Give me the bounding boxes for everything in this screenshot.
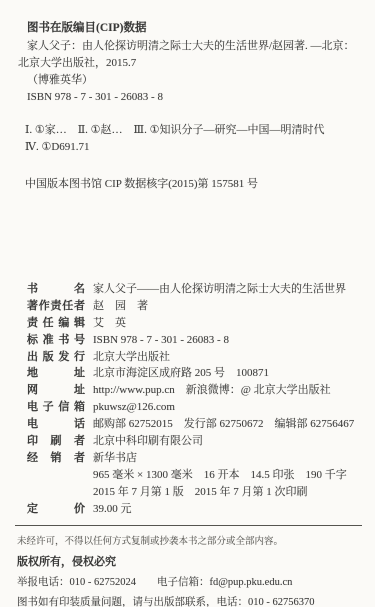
row-value: 39.00 元 (93, 501, 132, 518)
row-value: 北京市海淀区成府路 205 号 100871 (93, 365, 269, 382)
cip-series-line: （博雅英华） (27, 72, 375, 89)
pub-row-website: 网址 http://www.pup.cn 新浪微博：@ 北京大学出版社 (0, 382, 375, 399)
cip-classification-line-1: Ⅰ. ①家… Ⅱ. ①赵… Ⅲ. ①知识分子—研究—中国—明清时代 (25, 122, 375, 139)
row-value: 赵 园 著 (93, 298, 148, 315)
pub-row-printer: 印刷者 北京中科印刷有限公司 (0, 433, 375, 450)
pub-row-editor: 责任编辑 艾 英 (0, 315, 375, 332)
pub-row-distributor: 经销者 新华书店 (0, 450, 375, 467)
pub-row-edition: 2015 年 7 月第 1 版 2015 年 7 月第 1 次印刷 (0, 484, 375, 501)
row-label: 电子信箱 (27, 399, 85, 416)
row-label: 地址 (27, 365, 85, 382)
row-value: pkuwsz@126.com (93, 399, 175, 416)
copyright-reserved-notice: 版权所有，侵权必究 (17, 555, 375, 570)
cip-record-number: 中国版本图书馆 CIP 数据核字(2015)第 157581 号 (25, 176, 375, 193)
row-value: 北京大学出版社 (93, 349, 170, 366)
cip-classification-block: Ⅰ. ①家… Ⅱ. ①赵… Ⅲ. ①知识分子—研究—中国—明清时代 Ⅳ. ①D6… (0, 122, 375, 156)
row-value: 艾 英 (93, 315, 126, 332)
cip-isbn-line: ISBN 978 - 7 - 301 - 26083 - 8 (27, 89, 375, 106)
pub-row-address: 地址 北京市海淀区成府路 205 号 100871 (0, 365, 375, 382)
row-value: 新华书店 (93, 450, 137, 467)
row-label: 定价 (27, 501, 85, 518)
row-label: 网址 (27, 382, 85, 399)
cip-classification-line-2: Ⅳ. ①D691.71 (25, 139, 375, 156)
pub-row-publisher: 出版发行 北京大学出版社 (0, 349, 375, 366)
cip-title-line: 家人父子：由人伦探访明清之际士大夫的生活世界/赵园著. —北京：北京大学出版社，… (18, 38, 365, 72)
row-value: 2015 年 7 月第 1 版 2015 年 7 月第 1 次印刷 (93, 484, 308, 501)
pub-row-format: 965 毫米 × 1300 毫米 16 开本 14.5 印张 190 千字 (0, 467, 375, 484)
report-contact-line: 举报电话：010 - 62752024 电子信箱：fd@pup.pku.edu.… (17, 575, 375, 590)
pub-row-title: 书名 家人父子——由人伦探访明清之际士大夫的生活世界 (0, 281, 375, 298)
row-value: 邮购部 62752015 发行部 62750672 编辑部 62756467 (93, 416, 354, 433)
row-value: 965 毫米 × 1300 毫米 16 开本 14.5 印张 190 千字 (93, 467, 347, 484)
no-copy-notice: 未经许可，不得以任何方式复制或抄袭本书之部分或全部内容。 (17, 535, 375, 549)
row-label: 出版发行 (27, 349, 85, 366)
row-label: 书名 (27, 281, 85, 298)
row-value: 家人父子——由人伦探访明清之际士大夫的生活世界 (93, 281, 346, 298)
cip-heading: 图书在版编目(CIP)数据 (27, 20, 375, 37)
divider-line (15, 525, 362, 526)
row-value: ISBN 978 - 7 - 301 - 26083 - 8 (93, 332, 229, 349)
row-label: 印刷者 (27, 433, 85, 450)
row-label: 著作责任者 (27, 298, 85, 315)
row-label: 责任编辑 (27, 315, 85, 332)
pub-row-price: 定价 39.00 元 (0, 501, 375, 518)
row-label: 电话 (27, 416, 85, 433)
quality-contact-line: 图书如有印装质量问题，请与出版部联系，电话：010 - 62756370 (17, 595, 375, 607)
pub-row-isbn: 标准书号 ISBN 978 - 7 - 301 - 26083 - 8 (0, 332, 375, 349)
row-value: 北京中科印刷有限公司 (93, 433, 203, 450)
publication-info-table: 书名 家人父子——由人伦探访明清之际士大夫的生活世界 著作责任者 赵 园 著 责… (0, 281, 375, 517)
row-value: http://www.pup.cn 新浪微博：@ 北京大学出版社 (93, 382, 331, 399)
row-label: 经销者 (27, 450, 85, 467)
pub-row-email: 电子信箱 pkuwsz@126.com (0, 399, 375, 416)
row-label: 标准书号 (27, 332, 85, 349)
pub-row-phone: 电话 邮购部 62752015 发行部 62750672 编辑部 6275646… (0, 416, 375, 433)
pub-row-author: 著作责任者 赵 园 著 (0, 298, 375, 315)
copyright-page: 图书在版编目(CIP)数据 家人父子：由人伦探访明清之际士大夫的生活世界/赵园著… (0, 0, 375, 607)
